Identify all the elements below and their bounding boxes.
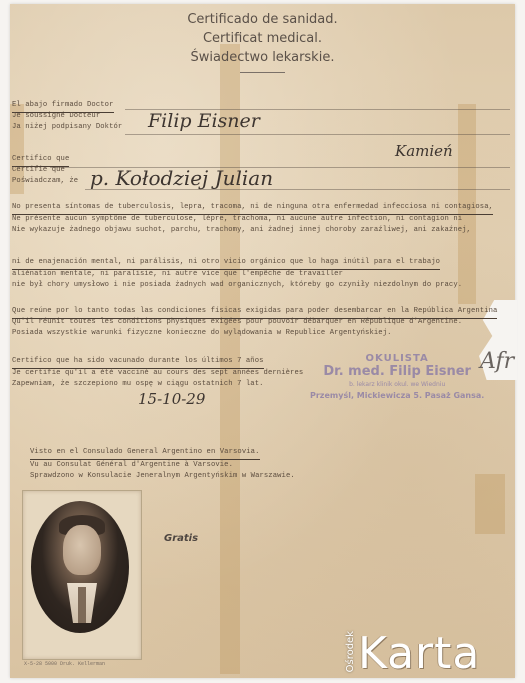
watermark-small-text: Ośrodek [345, 631, 356, 672]
vaccination-text-fr: Je certifie qu'il a été vacciné au cours… [12, 368, 303, 379]
disease-text-fr: Ne présente aucun symptôme de tuberculos… [12, 214, 462, 225]
vaccination-text-pl: Zapewniam, że szczepiono mu ospę w ciągu… [12, 379, 264, 390]
handwritten-doctor-name: Filip Eisner [148, 110, 260, 132]
karta-watermark: Ośrodek Karta [345, 626, 480, 678]
mental-text-pl: nie był chory umysłowo i nie posiada żad… [12, 280, 462, 291]
title-french: Certificat medical. [10, 29, 515, 48]
consulate-text-fr: Vu au Consulat Général d'Argentine à Var… [30, 460, 233, 471]
handwritten-signature: Afr [480, 349, 514, 374]
conditions-text-fr: Qu'il réunit toutes les conditions physi… [12, 317, 462, 328]
stamp-title: OKULISTA [310, 353, 484, 364]
fill-line [125, 134, 510, 135]
printer-mark: X-5-28 5000 Druk. Kellerman [24, 661, 105, 667]
photo-tie [78, 587, 86, 623]
mental-text-fr: aliénation mentale, ni paralisie, ni aut… [12, 269, 343, 280]
handwritten-date: 15-10-29 [138, 390, 205, 408]
title-spanish: Certificado de sanidad. [10, 10, 515, 29]
consulate-text-pl: Sprawdzono w Konsulacie Jeneralnym Argen… [30, 471, 295, 482]
tape-strip [475, 474, 505, 534]
certify-label-fr: Certifie que [12, 165, 65, 176]
stamp-credentials: b. lekarz klinik okul. we Wiedniu [310, 379, 484, 390]
consulate-text-es: Visto en el Consulado General Argentino … [30, 447, 260, 460]
doctor-stamp: OKULISTA Dr. med. Filip Eisner b. lekarz… [310, 353, 484, 401]
portrait-photo [22, 490, 142, 660]
title-polish: Świadectwo lekarskie. [10, 48, 515, 67]
photo-face [63, 525, 101, 575]
gratis-label: Gratis [164, 533, 198, 544]
doctor-label-fr: Je soussigné Docteur [12, 111, 100, 122]
doctor-label-pl: Ja niżej podpisany Doktór [12, 122, 122, 133]
certify-label-pl: Poświadczam, że [12, 176, 78, 187]
stamp-address: Przemyśl, Mickiewicza 5. Pasaż Gansa. [310, 390, 484, 401]
disease-text-pl: Nie wykazuje żadnego objawu suchot, parc… [12, 225, 471, 236]
stamp-name: Dr. med. Filip Eisner [310, 364, 484, 379]
conditions-text-pl: Posiada wszystkie warunki fizyczne konie… [12, 328, 392, 339]
watermark-logo-text: Karta [358, 630, 480, 678]
certificate-header: Certificado de sanidad. Certificat medic… [10, 10, 515, 73]
handwritten-place: Kamień [395, 142, 453, 160]
handwritten-patient-name: p. Kołodziej Julian [90, 166, 273, 190]
photo-oval [31, 501, 129, 633]
header-rule [240, 72, 285, 73]
